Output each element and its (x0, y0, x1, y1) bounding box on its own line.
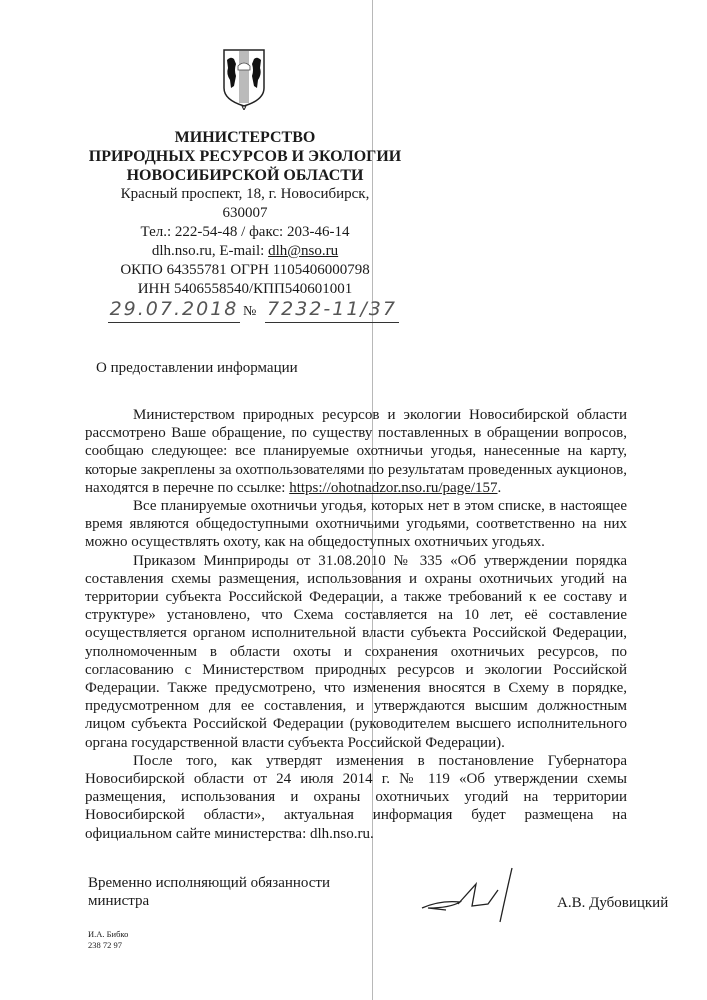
registration-date: 29.07.2018 (108, 298, 240, 323)
executor-phone: 238 72 97 (88, 940, 128, 951)
executor-name: И.А. Бибко (88, 929, 128, 940)
role-line: министра (88, 892, 330, 910)
phone-fax: Тел.: 222-54-48 / факс: 203-46-14 (80, 223, 410, 242)
ministry-title-line: ПРИРОДНЫХ РЕСУРСОВ И ЭКОЛОГИИ (80, 147, 410, 166)
website-text: dlh.nso.ru, E-mail: (152, 243, 268, 259)
okpo-ogrn: ОКПО 64355781 ОГРН 1105406000798 (80, 261, 410, 280)
number-sign: № (243, 304, 256, 320)
inn-kpp: ИНН 5406558540/КПП540601001 (80, 280, 410, 299)
signatory-name: А.В. Дубовицкий (557, 895, 668, 912)
registration-number: 7232-11/37 (265, 298, 399, 323)
letter-subject: О предоставлении информации (96, 360, 298, 377)
ministry-title-line: МИНИСТЕРСТВО (80, 128, 410, 147)
paragraph-4: После того, как утвердят изменения в пос… (85, 752, 627, 843)
letter-body: Министерством природных ресурсов и эколо… (85, 406, 627, 843)
handwritten-signature-icon (420, 864, 530, 924)
coat-of-arms-icon (222, 48, 266, 110)
postal-code: 630007 (80, 204, 410, 223)
executor-info: И.А. Бибко 238 72 97 (88, 929, 128, 951)
email-link[interactable]: dlh@nso.ru (268, 243, 338, 259)
paragraph-3: Приказом Минприроды от 31.08.2010 № 335 … (85, 552, 627, 752)
paragraph-end: . (498, 480, 502, 496)
ministry-contacts: Красный проспект, 18, г. Новосибирск, 63… (80, 185, 410, 299)
paragraph-1: Министерством природных ресурсов и эколо… (85, 406, 627, 497)
signatory-role: Временно исполняющий обязанности министр… (88, 874, 330, 910)
address-line: Красный проспект, 18, г. Новосибирск, (80, 185, 410, 204)
hunting-grounds-link[interactable]: https://ohotnadzor.nso.ru/page/157 (289, 480, 497, 496)
ministry-title-line: НОВОСИБИРСКОЙ ОБЛАСТИ (80, 166, 410, 185)
web-email-line: dlh.nso.ru, E-mail: dlh@nso.ru (80, 242, 410, 261)
ministry-name: МИНИСТЕРСТВО ПРИРОДНЫХ РЕСУРСОВ И ЭКОЛОГ… (80, 128, 410, 185)
role-line: Временно исполняющий обязанности (88, 874, 330, 892)
registration-block: 29.07.2018 № 7232-11/37 (108, 298, 388, 328)
paragraph-2: Все планируемые охотничьи угодья, которы… (85, 497, 627, 552)
